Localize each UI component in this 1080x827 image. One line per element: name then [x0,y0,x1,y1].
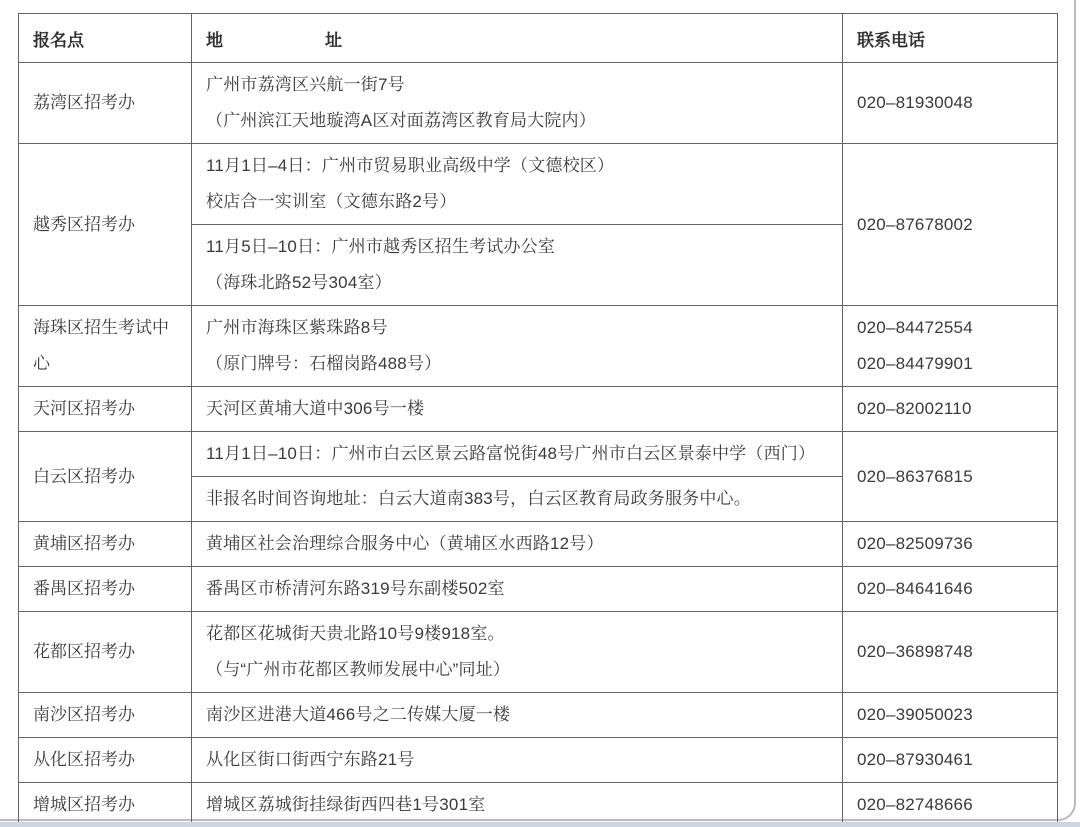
table-row: 番禺区招考办番禺区市桥清河东路319号东副楼502室020–84641646 [19,567,1058,612]
phone-cell: 020–82748666 [843,783,1058,827]
phone-cell: 020–81930048 [843,63,1058,144]
address-cell: 从化区街口街西宁东路21号 [192,738,843,783]
header-address: 地 址 [192,14,843,63]
phone-number: 020–82509736 [857,526,1043,562]
address-line: （广州滨江天地璇湾A区对面荔湾区教育局大院内） [206,103,828,139]
header-row: 报名点 地 址 联系电话 [19,14,1058,63]
address-cell: 天河区黄埔大道中306号一楼 [192,387,843,432]
registration-points-table: 报名点 地 址 联系电话 荔湾区招考办广州市荔湾区兴航一街7号（广州滨江天地璇湾… [18,13,1058,827]
address-line: 天河区黄埔大道中306号一楼 [206,391,828,427]
table-body: 荔湾区招考办广州市荔湾区兴航一街7号（广州滨江天地璇湾A区对面荔湾区教育局大院内… [19,63,1058,827]
phone-cell: 020–39050023 [843,693,1058,738]
address-line: 花都区花城街天贵北路10号9楼918室。 [206,616,828,652]
table-row: 花都区招考办花都区花城街天贵北路10号9楼918室。（与“广州市花都区教师发展中… [19,612,1058,693]
site-cell: 天河区招考办 [19,387,192,432]
phone-cell: 020–87678002 [843,144,1058,306]
address-line: 广州市海珠区紫珠路8号 [206,310,828,346]
address-line: （海珠北路52号304室） [206,265,828,301]
phone-cell: 020–82509736 [843,522,1058,567]
address-line: 番禺区市桥清河东路319号东副楼502室 [206,571,828,607]
phone-number: 020–84479901 [857,346,1043,382]
table-row: 天河区招考办天河区黄埔大道中306号一楼020–82002110 [19,387,1058,432]
address-line: （与“广州市花都区教师发展中心”同址） [206,652,828,688]
table-row: 海珠区招生考试中心广州市海珠区紫珠路8号（原门牌号：石榴岗路488号）020–8… [19,306,1058,387]
table-row: 从化区招考办从化区街口街西宁东路21号020–87930461 [19,738,1058,783]
phone-cell: 020–82002110 [843,387,1058,432]
site-cell: 番禺区招考办 [19,567,192,612]
phone-number: 020–81930048 [857,85,1043,121]
address-cell: 番禺区市桥清河东路319号东副楼502室 [192,567,843,612]
table-row: 黄埔区招考办黄埔区社会治理综合服务中心（黄埔区水西路12号）020–825097… [19,522,1058,567]
site-cell: 增城区招考办 [19,783,192,827]
table-row: 南沙区招考办南沙区进港大道466号之二传媒大厦一楼020–39050023 [19,693,1058,738]
address-cell: 11月1日–10日：广州市白云区景云路富悦街48号广州市白云区景泰中学（西门） [192,432,843,477]
site-cell: 从化区招考办 [19,738,192,783]
phone-number: 020–82748666 [857,787,1043,823]
address-cell: 非报名时间咨询地址：白云大道南383号，白云区教育局政务服务中心。 [192,477,843,522]
address-line: 广州市荔湾区兴航一街7号 [206,67,828,103]
header-phone: 联系电话 [843,14,1058,63]
address-cell: 广州市海珠区紫珠路8号（原门牌号：石榴岗路488号） [192,306,843,387]
table-row: 白云区招考办11月1日–10日：广州市白云区景云路富悦街48号广州市白云区景泰中… [19,432,1058,477]
address-line: 11月1日–4日：广州市贸易职业高级中学（文德校区） [206,148,828,184]
phone-cell: 020–86376815 [843,432,1058,522]
phone-number: 020–36898748 [857,634,1043,670]
address-line: 校店合一实训室（文德东路2号） [206,184,828,220]
table-row: 荔湾区招考办广州市荔湾区兴航一街7号（广州滨江天地璇湾A区对面荔湾区教育局大院内… [19,63,1058,144]
address-cell: 增城区荔城街挂绿街西四巷1号301室 [192,783,843,827]
site-cell: 荔湾区招考办 [19,63,192,144]
phone-cell: 020–36898748 [843,612,1058,693]
phone-cell: 020–84472554020–84479901 [843,306,1058,387]
address-line: 从化区街口街西宁东路21号 [206,742,828,778]
site-cell: 花都区招考办 [19,612,192,693]
site-cell: 白云区招考办 [19,432,192,522]
address-cell: 11月1日–4日：广州市贸易职业高级中学（文德校区）校店合一实训室（文德东路2号… [192,144,843,225]
phone-number: 020–87678002 [857,207,1043,243]
phone-number: 020–87930461 [857,742,1043,778]
phone-number: 020–39050023 [857,697,1043,733]
site-cell: 越秀区招考办 [19,144,192,306]
table-row: 增城区招考办增城区荔城街挂绿街西四巷1号301室020–82748666 [19,783,1058,827]
phone-number: 020–84641646 [857,571,1043,607]
bottom-divider [0,822,1080,827]
site-cell: 黄埔区招考办 [19,522,192,567]
address-line: 增城区荔城街挂绿街西四巷1号301室 [206,787,828,823]
address-line: 11月5日–10日：广州市越秀区招生考试办公室 [206,229,828,265]
phone-cell: 020–87930461 [843,738,1058,783]
site-cell: 海珠区招生考试中心 [19,306,192,387]
address-line: 非报名时间咨询地址：白云大道南383号，白云区教育局政务服务中心。 [206,481,828,517]
address-line: 11月1日–10日：广州市白云区景云路富悦街48号广州市白云区景泰中学（西门） [206,436,828,472]
phone-number: 020–82002110 [857,391,1043,427]
address-line: （原门牌号：石榴岗路488号） [206,346,828,382]
phone-number: 020–86376815 [857,459,1043,495]
phone-cell: 020–84641646 [843,567,1058,612]
address-cell: 黄埔区社会治理综合服务中心（黄埔区水西路12号） [192,522,843,567]
address-cell: 11月5日–10日：广州市越秀区招生考试办公室（海珠北路52号304室） [192,225,843,306]
address-cell: 南沙区进港大道466号之二传媒大厦一楼 [192,693,843,738]
address-cell: 广州市荔湾区兴航一街7号（广州滨江天地璇湾A区对面荔湾区教育局大院内） [192,63,843,144]
address-cell: 花都区花城街天贵北路10号9楼918室。（与“广州市花都区教师发展中心”同址） [192,612,843,693]
phone-number: 020–84472554 [857,310,1043,346]
site-cell: 南沙区招考办 [19,693,192,738]
address-line: 黄埔区社会治理综合服务中心（黄埔区水西路12号） [206,526,828,562]
table-row: 越秀区招考办11月1日–4日：广州市贸易职业高级中学（文德校区）校店合一实训室（… [19,144,1058,225]
header-site: 报名点 [19,14,192,63]
address-line: 南沙区进港大道466号之二传媒大厦一楼 [206,697,828,733]
